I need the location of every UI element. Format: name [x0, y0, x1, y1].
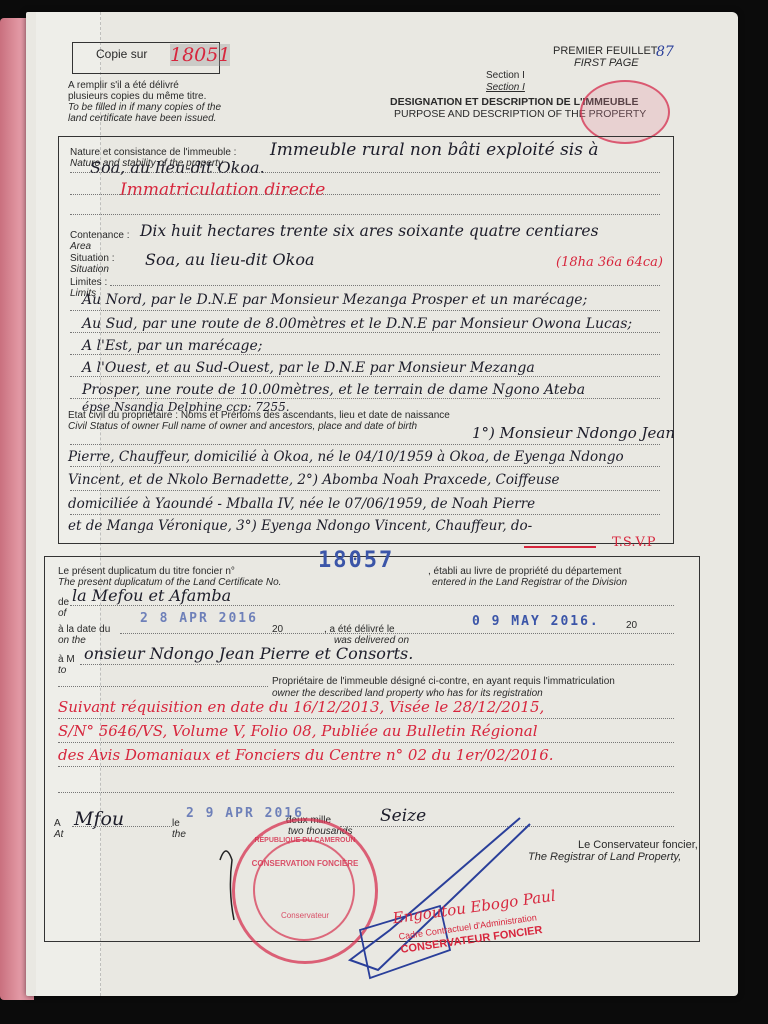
page-label-en: FIRST PAGE [574, 58, 639, 69]
page-annotation: 87 [656, 44, 674, 60]
the-label-en: the [172, 829, 186, 840]
requisition-line2: S/N° 5646/VS, Volume V, Folio 08, Publié… [58, 722, 538, 740]
limit-west-cont: Prosper, une route de 10.00mètres, et le… [82, 382, 585, 398]
date-label-fr: à la date du [58, 624, 110, 635]
area-label-fr: Contenance : [70, 230, 130, 241]
of-label-en: of [58, 608, 66, 619]
the-label-fr: le [172, 818, 180, 829]
twenty-2: 20 [626, 620, 637, 631]
situation-label-en: Situation [70, 264, 109, 275]
nature-line2: Soa, au lieu-dit Okoa. [90, 158, 265, 177]
copie-label: Copie sur [96, 49, 147, 60]
copie-note-en-1: To be filled in if many copies of the [68, 102, 221, 113]
nature-line1: Immeuble rural non bâti exploité sis à [270, 140, 599, 160]
at-label-fr: A [54, 818, 61, 829]
area-value: Dix huit hectares trente six ares soixan… [140, 222, 599, 240]
civil-label-fr: Etat civil du propriétaire : Noms et Pré… [68, 410, 450, 421]
limit-south: Au Sud, par une route de 8.00mètres et l… [82, 316, 632, 332]
division-value: la Mefou et Afamba [72, 586, 231, 605]
delivered-stamp: 0 9 MAY 2016. [472, 614, 600, 629]
of-label-fr: de [58, 597, 69, 608]
area-short: (18ha 36a 64ca) [556, 255, 663, 270]
tsvp-note: T.S.V.P [612, 535, 655, 550]
registrar-fr: Le Conservateur foncier, [578, 840, 698, 851]
copie-note-en-2: land certificate have been issued. [68, 113, 216, 124]
tsvp-arrow [524, 546, 596, 548]
to-label-en: to [58, 665, 66, 676]
limit-east: A l'Est, par un marécage; [82, 338, 263, 354]
cadastre-stamp [580, 80, 670, 144]
limits-label-fr: Limites : [70, 277, 107, 288]
entered-fr: , établi au livre de propriété du départ… [428, 566, 621, 577]
section-fr: Section I [486, 70, 525, 81]
nature-label-fr: Nature et consistance de l'immeuble : [70, 147, 236, 158]
owner-line2: Pierre, Chauffeur, domicilié à Okoa, né … [68, 449, 624, 465]
owner-line5: et de Manga Véronique, 3°) Eyenga Ndongo… [68, 518, 532, 534]
to-value: onsieur Ndongo Jean Pierre et Consorts. [84, 644, 413, 663]
requisition-line1: Suivant réquisition en date du 16/12/201… [58, 698, 544, 716]
owner-line3: Vincent, et de Nkolo Bernadette, 2°) Abo… [68, 472, 560, 488]
entered-en: entered in the Land Registrar of the Div… [432, 577, 627, 588]
situation-label-fr: Situation : [70, 253, 114, 264]
nature-line3: Immatriculation directe [120, 180, 325, 200]
situation-value: Soa, au lieu-dit Okoa [145, 250, 315, 269]
date-stamp: 2 8 APR 2016 [140, 611, 258, 626]
certificate-number: 18057 [318, 548, 394, 573]
at-label-en: At [54, 829, 63, 840]
requisition-line3: des Avis Domaniaux et Fonciers du Centre… [58, 746, 554, 764]
copie-note-fr-1: A remplir s'il a été délivré [68, 80, 179, 91]
civil-label-en: Civil Status of owner Full name of owner… [68, 421, 417, 432]
registrar-en: The Registrar of Land Property, [528, 852, 681, 863]
page-label-fr: PREMIER FEUILLET [553, 46, 658, 57]
section-en: Section I [486, 82, 525, 93]
limit-north: Au Nord, par le D.N.E par Monsieur Mezan… [82, 292, 587, 308]
owner-line1: 1°) Monsieur Ndongo Jean [472, 424, 675, 442]
copie-number: 18051 [170, 44, 230, 66]
copie-note-fr-2: plusieurs copies du même titre. [68, 91, 206, 102]
to-label-fr: à M [58, 654, 75, 665]
area-label-en: Area [70, 241, 91, 252]
dup-label-fr: Le présent duplicatum du titre foncier n… [58, 566, 235, 577]
owner-line4: domiciliée à Yaoundé - Mballa IV, née le… [68, 496, 535, 512]
owner-fr: Propriétaire de l'immeuble désigné ci-co… [272, 676, 615, 687]
date-label-en: on the [58, 635, 86, 646]
limit-west: A l'Ouest, et au Sud-Ouest, par le D.N.E… [82, 360, 535, 376]
